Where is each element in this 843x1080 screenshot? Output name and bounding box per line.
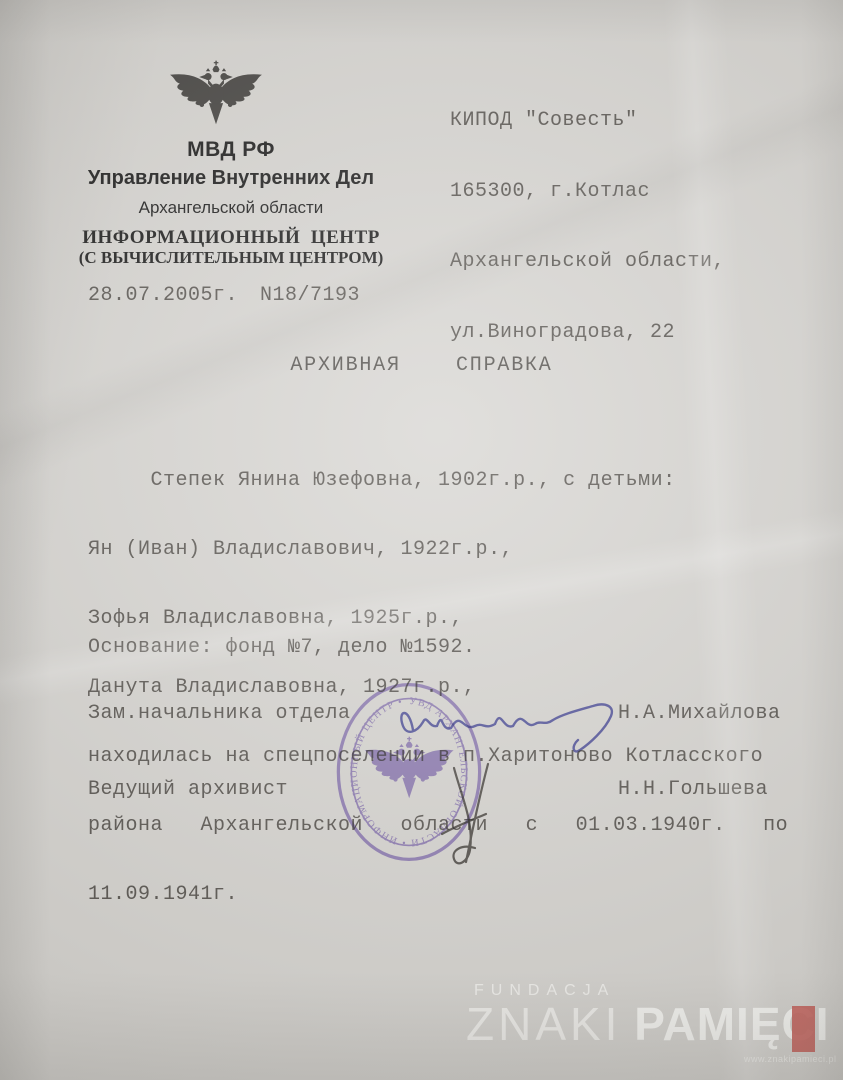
letterhead-region: Архангельской области (70, 198, 392, 218)
recipient-line: КИПОД "Совесть" (450, 109, 725, 133)
document-title: АРХИВНАЯ СПРАВКА (0, 354, 843, 377)
document-photo: МВД РФ Управление Внутренних Дел Арханге… (0, 0, 843, 1080)
basis-line: Основание: фонд №7, дело №1592. (88, 636, 476, 659)
recipient-line: ул.Виноградова, 22 (450, 321, 725, 345)
watermark-url: www.znakipamieci.pl (744, 1054, 837, 1064)
recipient-address-block: КИПОД "Совесть" 165300, г.Котлас Арханге… (450, 62, 725, 391)
document-date: 28.07.2005г. (88, 284, 238, 307)
watermark-brand-light: ZNAKI (466, 998, 621, 1050)
letterhead-agency: МВД РФ (70, 138, 392, 162)
body-line: Ян (Иван) Владиславович, 1922г.р., (88, 538, 778, 561)
watermark-brand: ZNAKI PAMIĘCI (466, 1000, 806, 1048)
letterhead-computing-center: (С ВЫЧИСЛИТЕЛЬНЫМ ЦЕНТРОМ) (70, 248, 392, 268)
signature-role-deputy-head: Зам.начальника отдела (88, 702, 351, 725)
recipient-line: 165300, г.Котлас (450, 180, 725, 204)
body-line: Зофья Владиславовна, 1925г.р., (88, 607, 778, 630)
letterhead-department: Управление Внутренних Дел (70, 167, 392, 190)
watermark-red-block (792, 1006, 815, 1052)
document-ref-number: N18/7193 (260, 284, 360, 307)
double-headed-eagle-emblem-icon (163, 58, 269, 134)
recipient-line: Архангельской области, (450, 250, 725, 274)
letterhead-information-center: ИНФОРМАЦИОННЫЙ ЦЕНТР (70, 227, 392, 249)
body-line: Степек Янина Юзефовна, 1902г.р., с детьм… (88, 469, 778, 492)
body-line: 11.09.1941г. (88, 883, 778, 906)
signature-name-golysheva: Н.Н.Гольшева (618, 778, 768, 801)
signature-name-mikhailova: Н.А.Михайлова (618, 702, 781, 725)
handwritten-signature-dark (428, 758, 510, 878)
signature-role-lead-archivist: Ведущий архивист (88, 778, 288, 801)
